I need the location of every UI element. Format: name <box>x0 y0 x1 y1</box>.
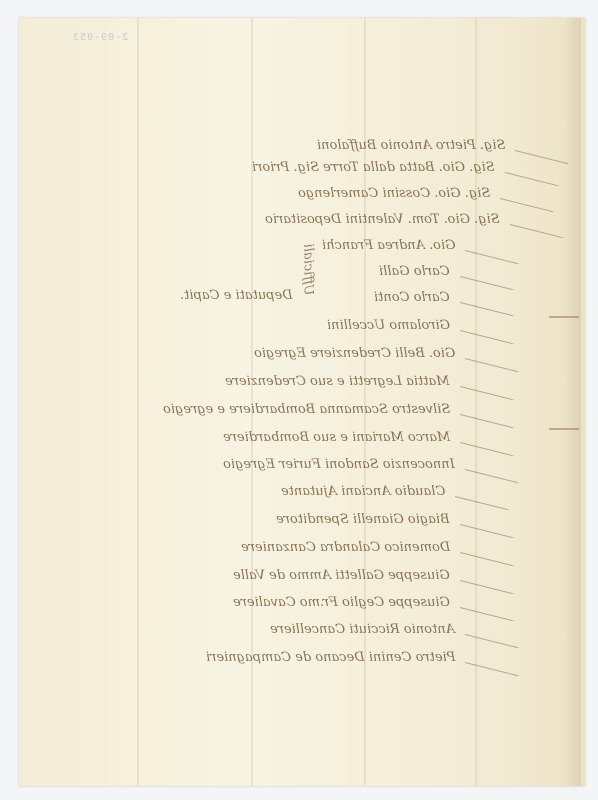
page-edge-shadow <box>563 18 581 786</box>
manuscript-line: Innocenzio Sandoni Furier Egregio <box>223 457 455 472</box>
manuscript-line: Sig. Gio. Batta dalla Torre Sig. Priori <box>252 160 495 175</box>
margin-note: Ufficiali <box>300 244 315 296</box>
manuscript-line: Mattia Legretti e suo Credenziere <box>225 374 450 389</box>
archive-number: 2-09-053 <box>72 32 128 43</box>
manuscript-line: Girolamo Uccellini <box>327 318 450 333</box>
manuscript-line: Domenico Calandra Canzaniere <box>241 540 450 555</box>
manuscript-line: Giuseppe Ceglio Fr.mo Cavaliere <box>233 595 450 610</box>
fold-crease <box>137 18 139 786</box>
manuscript-line: Sig. Gio. Cossini Camerlengo <box>298 186 490 201</box>
manuscript-line: Pietro Cenini Decano de Campagnieri <box>206 650 455 665</box>
manuscript-line: Gio. Andrea Franchi <box>322 238 455 253</box>
edge-tear <box>549 316 579 318</box>
side-note: Deputati e Capit. <box>180 288 293 303</box>
manuscript-line: Giuseppe Galletti Ammo de Valle <box>233 568 450 583</box>
fold-crease <box>475 18 477 786</box>
edge-tear <box>549 428 579 430</box>
manuscript-line: Silvestro Scamanna Bombardiere e egregio <box>163 402 450 417</box>
manuscript-line: Sig. Gio. Tom. Valentini Depositario <box>265 212 500 227</box>
manuscript-line: Sig. Pietro Antonio Buffaloni <box>317 138 505 153</box>
manuscript-line: Claudio Anciani Ajutante <box>281 484 445 499</box>
manuscript-line: Gio. Belli Credenziere Egregio <box>254 346 455 361</box>
manuscript-line: Carlo Galli <box>379 264 450 279</box>
manuscript-line: Antonio Ricciuti Cancelliere <box>270 622 455 637</box>
manuscript-line: Biagio Gianelli Spenditore <box>276 512 450 527</box>
manuscript-line: Carlo Conti <box>374 290 450 305</box>
manuscript-line: Marco Mariani e suo Bombardiere <box>223 430 450 445</box>
